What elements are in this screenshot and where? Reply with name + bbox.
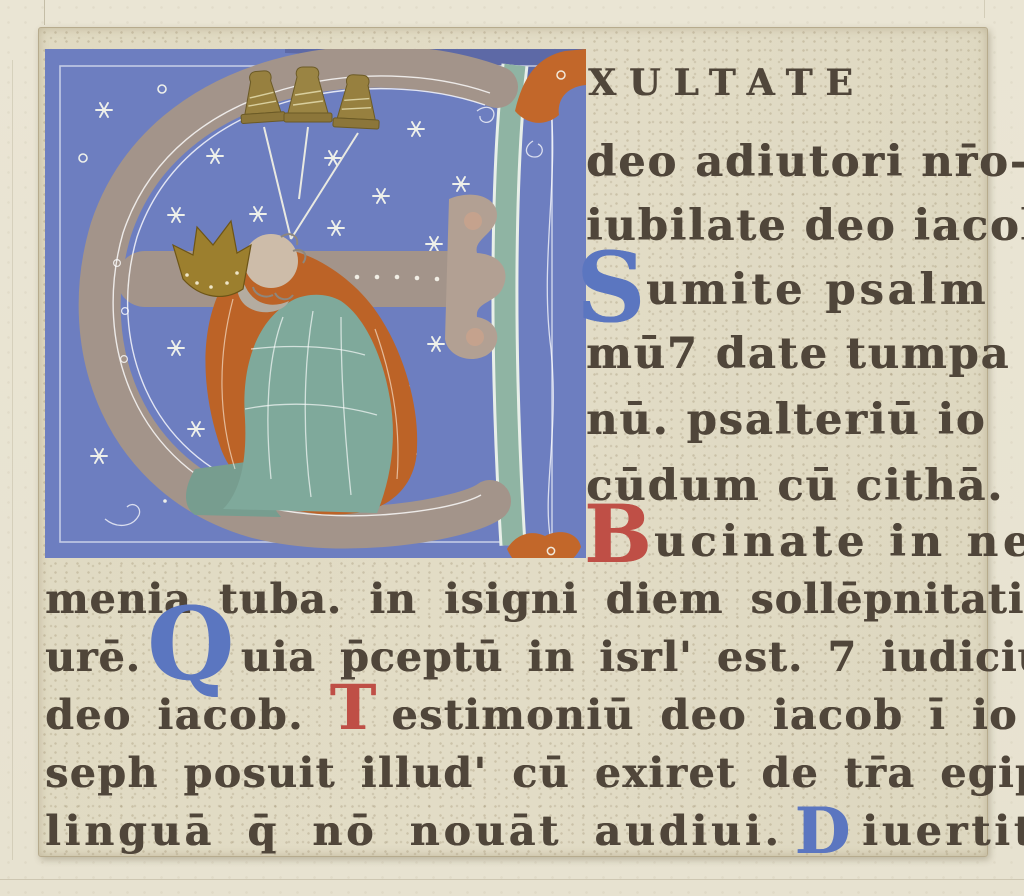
- text-line: umite psalm: [646, 269, 989, 312]
- text-line-psalm-opening: xultate: [588, 52, 866, 104]
- manuscript-leaf: E: [38, 27, 988, 857]
- text-line: deo iacob.Testimoniū deo iacob ī io: [45, 695, 1018, 736]
- line-segment: estimoniū deo iacob ī io: [391, 691, 1017, 739]
- line-segment: urē.: [45, 633, 141, 681]
- illuminated-initial-block: E: [45, 49, 586, 558]
- text-line: deo adiutori nr̄o-: [586, 141, 1024, 184]
- text-line: nū. psalteriū io: [586, 399, 986, 442]
- teal-bar: [505, 65, 515, 545]
- line-segment: deo iacob.: [45, 691, 304, 739]
- text-line: seph posuit illud' cū exiret de tr̄a egi…: [45, 753, 1024, 794]
- mat-cut-mark-top-right: [984, 0, 985, 18]
- text-line: urē.uia p̄ceptū in isrl' est. 7 iudiciū: [45, 637, 1024, 678]
- mat-crease-left: [12, 60, 13, 860]
- drop-cap-b: B: [584, 494, 652, 574]
- drop-cap-s: S: [576, 240, 645, 336]
- text-line: iubilate deo iacob: [586, 205, 1024, 248]
- text-line: mū7 date tumpa: [586, 333, 1010, 376]
- photograph-background: E: [0, 0, 1024, 896]
- line-segment: linguā q̄ nō nouāt audiui.: [45, 807, 783, 855]
- mat-cut-mark-top-left: [44, 0, 45, 25]
- mat-edge-line-bottom: [0, 879, 1024, 880]
- text-line: linguā q̄ nō nouāt audiui.Diuertit: [45, 811, 1024, 852]
- line-segment: iuertit: [862, 807, 1024, 855]
- king-head: [244, 234, 298, 288]
- text-line: ucinate in neo: [654, 521, 1024, 564]
